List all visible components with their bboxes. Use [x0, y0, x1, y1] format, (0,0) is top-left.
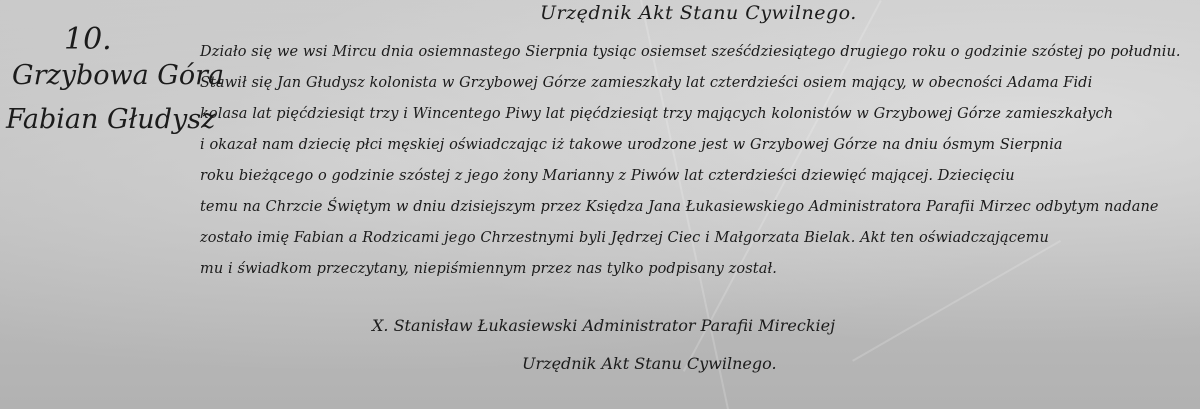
body-line: i okazał nam dziecię płci męskiej oświad…: [200, 137, 1063, 153]
priest-signature: X. Stanisław Łukasiewski Administrator P…: [372, 316, 835, 335]
body-line: mu i świadkom przeczytany, niepiśmiennym…: [200, 261, 777, 277]
margin-place: Grzybowa Góra: [12, 60, 224, 91]
registrar-signature: Urzędnik Akt Stanu Cywilnego.: [522, 354, 777, 373]
body-line: temu na Chrzcie Świętym w dniu dzisiejsz…: [200, 199, 1159, 215]
body-line: Działo się we wsi Mircu dnia osiemnasteg…: [200, 44, 1181, 60]
record-number: 10.: [64, 22, 112, 57]
margin-name: Fabian Głudysz: [6, 104, 215, 135]
body-line: Stawił się Jan Głudysz kolonista w Grzyb…: [200, 75, 1092, 91]
document-scan: 10. Grzybowa Góra Fabian Głudysz Urzędni…: [0, 0, 1200, 409]
body-line: zostało imię Fabian a Rodzicami jego Chr…: [200, 230, 1049, 246]
document-heading: Urzędnik Akt Stanu Cywilnego.: [540, 2, 857, 24]
body-line: roku bieżącego o godzinie szóstej z jego…: [200, 168, 1015, 184]
body-line: kolasa lat pięćdziesiąt trzy i Wincenteg…: [200, 106, 1113, 122]
paper-fold: [852, 240, 1061, 362]
